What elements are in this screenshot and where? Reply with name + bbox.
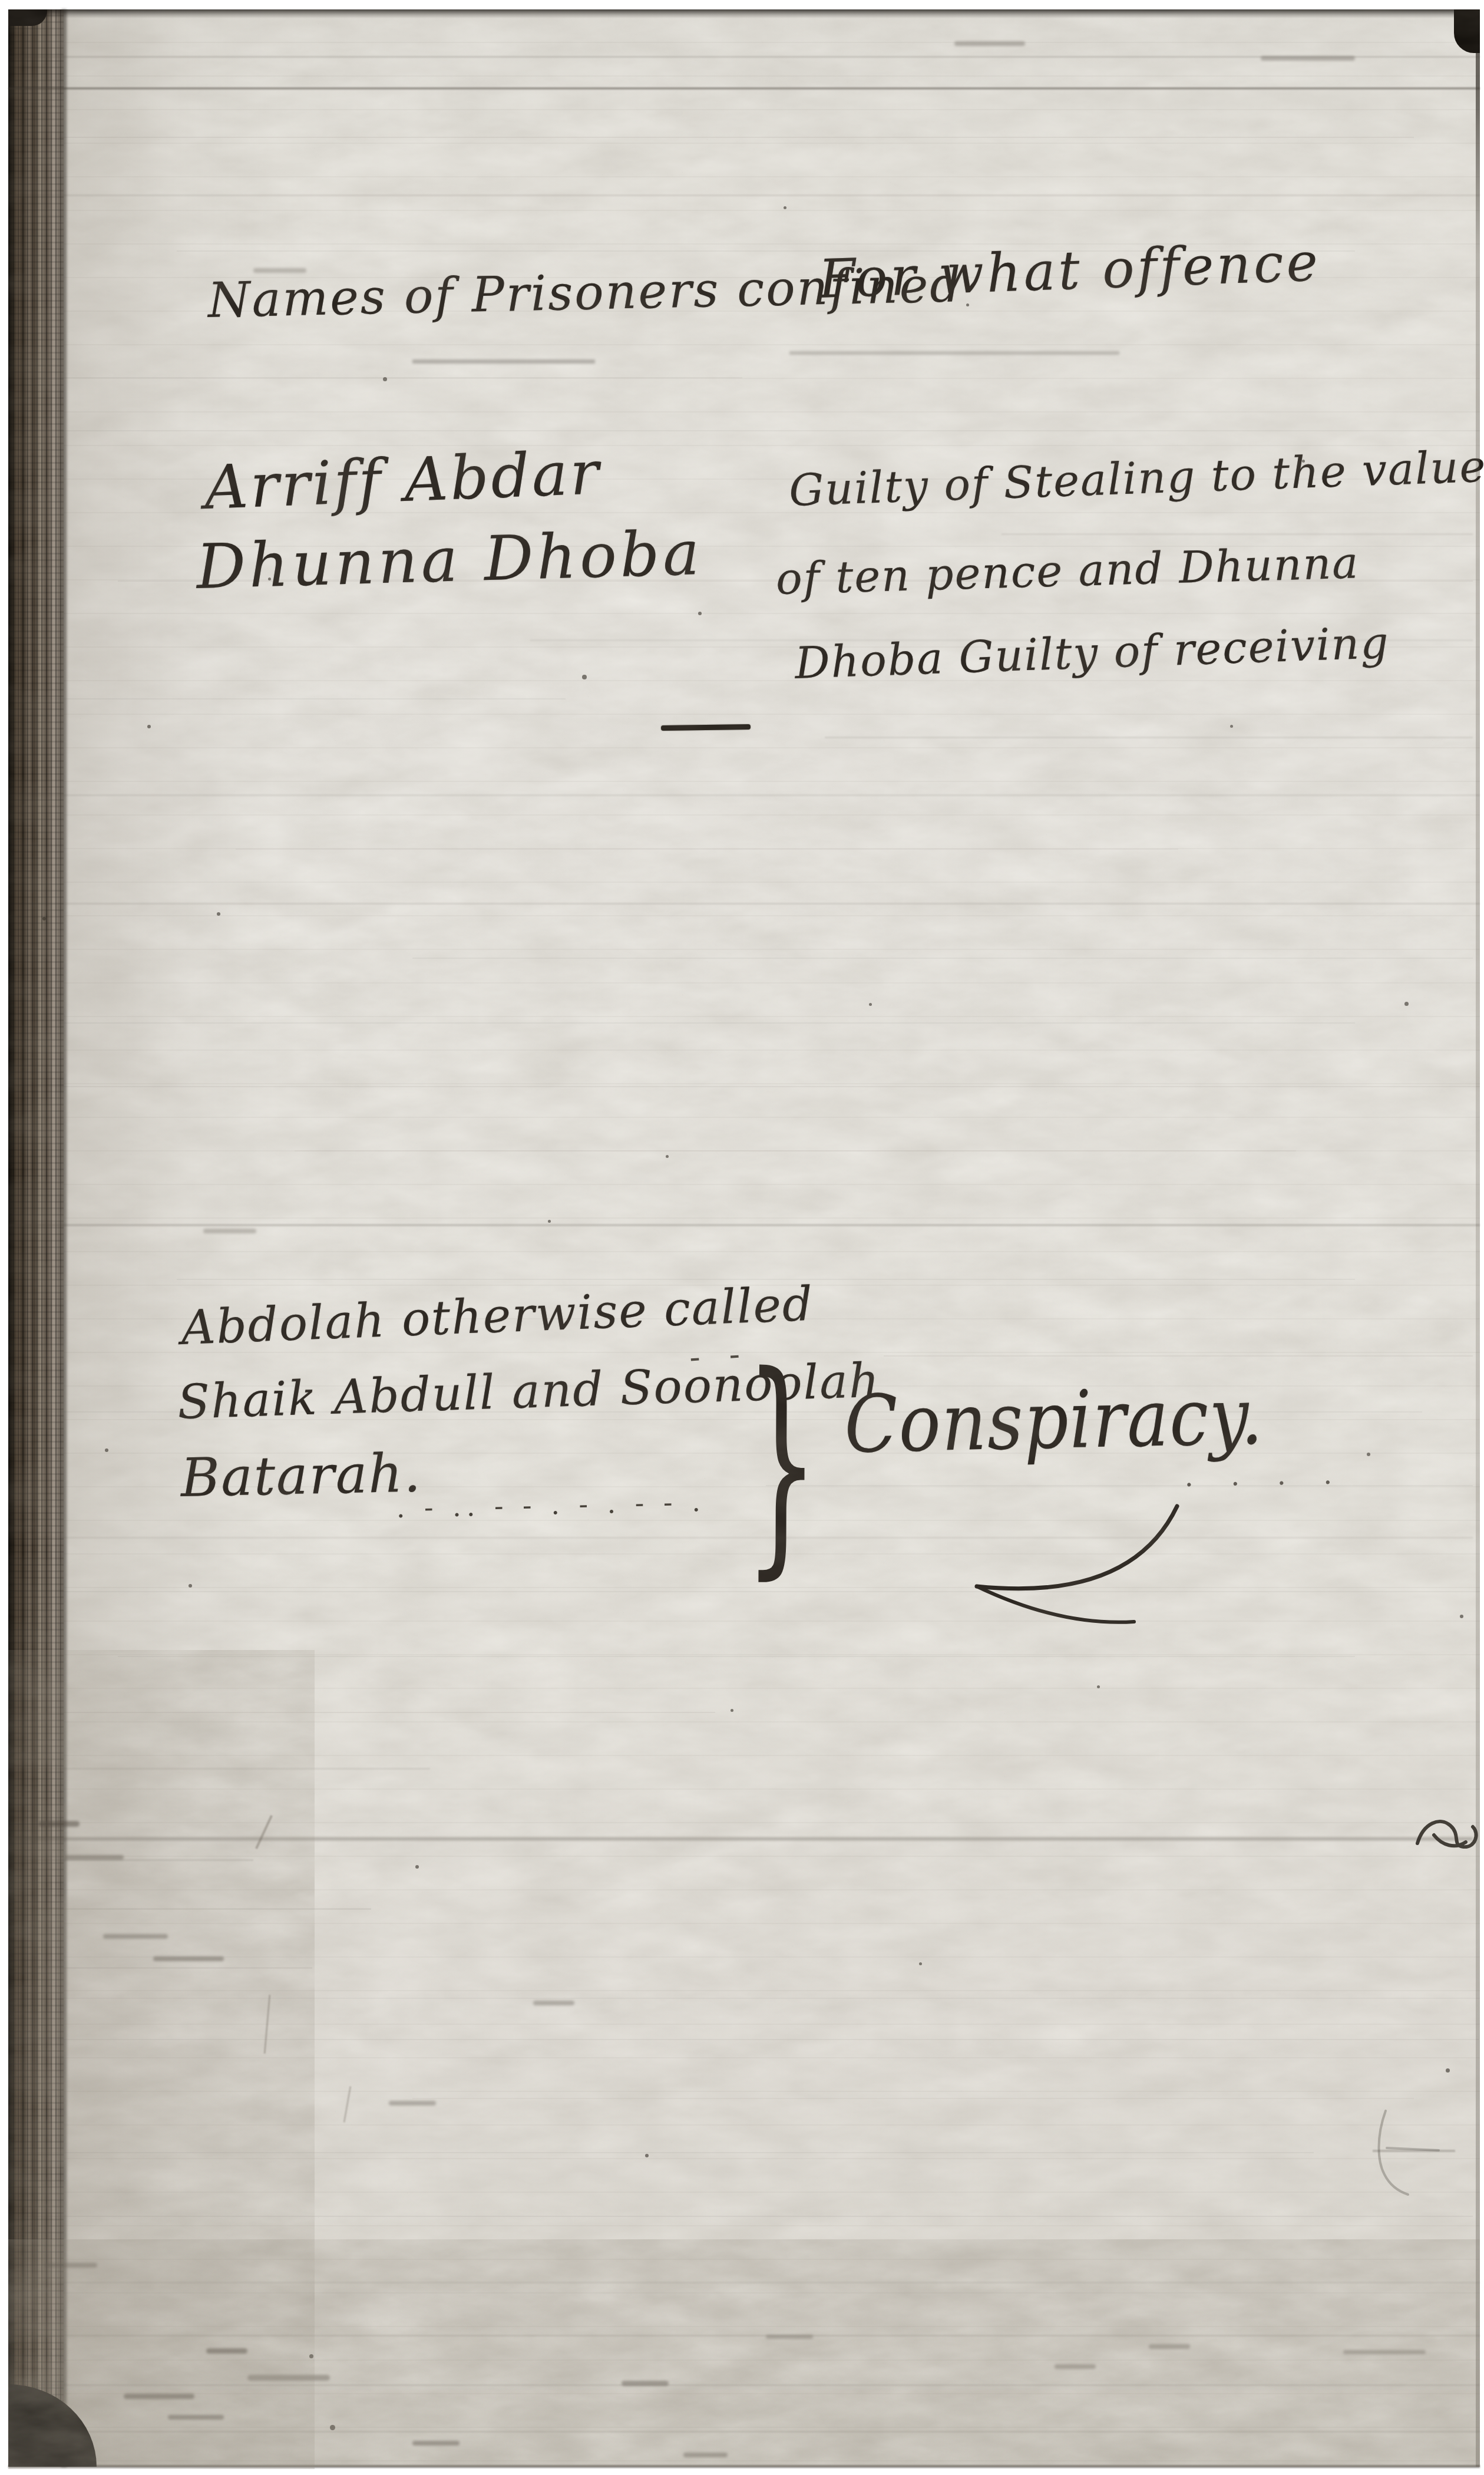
page-top-edge-shadow [8,9,1480,18]
entry1-name-line1: Arriff Abdar [203,441,602,520]
entry2-name-line3: Batarah. [180,1446,422,1506]
binding-crease-line [61,9,67,2467]
page-right-edge-shadow [1476,9,1480,2467]
entry2-offence-trailing-dots: . . . . [1184,1457,1347,1493]
book-binding-edge [8,9,64,2467]
grouping-brace: } [744,1368,820,1558]
scanned-page-background [8,9,1480,2467]
entry1-name-line2: Dhunna Dhoba [196,521,704,599]
entry2-dotted-leader: . - .. - - . - . - - . [396,1486,706,1524]
entry2-offence-line1: Conspiracy. [844,1375,1264,1467]
